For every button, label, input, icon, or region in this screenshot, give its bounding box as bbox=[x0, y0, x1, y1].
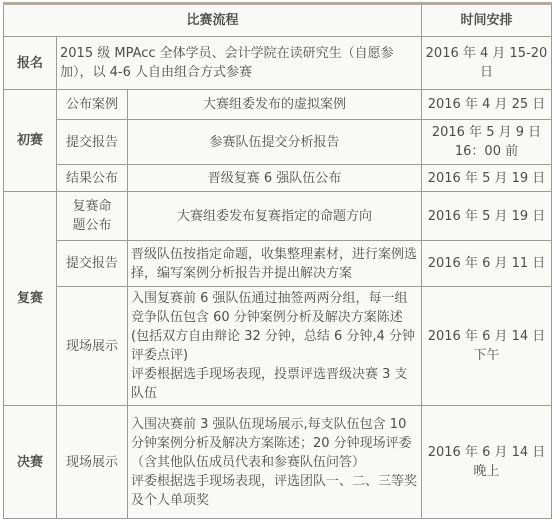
preliminary-report-date: 2016 年 5 月 9 日 16：00 前 bbox=[422, 120, 552, 165]
preliminary-case-date: 2016 年 4 月 25 日 bbox=[422, 90, 552, 120]
step-label-semifinal-presentation: 现场展示 bbox=[57, 287, 128, 406]
preliminary-result-description: 晋级复赛 6 强队伍公布 bbox=[128, 165, 422, 192]
step-label-result-announcement: 结果公布 bbox=[57, 165, 128, 192]
table-row-semifinal-topic: 复赛 复赛命 题公布 大赛组委发布复赛指定的命题方向 2016 年 5 月 19… bbox=[4, 192, 552, 241]
registration-date: 2016 年 4 月 15-20 日 bbox=[422, 37, 552, 90]
semifinal-report-description: 晋级队伍按指定命题，收集整理素材，进行案例选择，编写案例分析报告并提出解决方案 bbox=[128, 241, 422, 287]
semifinal-topic-date: 2016 年 5 月 19 日 bbox=[422, 192, 552, 241]
header-row: 比赛流程 时间安排 bbox=[4, 4, 552, 37]
stage-label-registration: 报名 bbox=[4, 37, 57, 90]
competition-schedule-table: 比赛流程 时间安排 报名 2015 级 MPAcc 全体学员、会计学院在读研究生… bbox=[3, 2, 552, 519]
table-row-semifinal-report: 提交报告 晋级队伍按指定命题，收集整理素材，进行案例选择，编写案例分析报告并提出… bbox=[4, 241, 552, 287]
column-header-schedule: 时间安排 bbox=[422, 4, 552, 37]
step-label-case-release: 公布案例 bbox=[57, 90, 128, 120]
semifinal-presentation-date: 2016 年 6 月 14 日下午 bbox=[422, 287, 552, 406]
preliminary-result-date: 2016 年 5 月 19 日 bbox=[422, 165, 552, 192]
table-row-final-presentation: 决赛 现场展示 入围决赛前 3 强队伍现场展示,每支队伍包含 10 分钟案例分析… bbox=[4, 406, 552, 519]
column-header-process: 比赛流程 bbox=[4, 4, 422, 37]
semifinal-report-date: 2016 年 6 月 11 日 bbox=[422, 241, 552, 287]
step-label-topic-announcement: 复赛命 题公布 bbox=[57, 192, 128, 241]
table-row-registration: 报名 2015 级 MPAcc 全体学员、会计学院在读研究生（自愿参加），以 4… bbox=[4, 37, 552, 90]
preliminary-report-description: 参赛队伍提交分析报告 bbox=[128, 120, 422, 165]
stage-label-final: 决赛 bbox=[4, 406, 57, 519]
table-row-semifinal-presentation: 现场展示 入围复赛前 6 强队伍通过抽签两两分组，每一组竞争队伍包含 60 分钟… bbox=[4, 287, 552, 406]
semifinal-presentation-description: 入围复赛前 6 强队伍通过抽签两两分组，每一组竞争队伍包含 60 分钟案例分析及… bbox=[128, 287, 422, 406]
step-label-final-presentation: 现场展示 bbox=[57, 406, 128, 519]
step-label-semifinal-report: 提交报告 bbox=[57, 241, 128, 287]
competition-schedule-page: 比赛流程 时间安排 报名 2015 级 MPAcc 全体学员、会计学院在读研究生… bbox=[0, 0, 554, 476]
registration-description: 2015 级 MPAcc 全体学员、会计学院在读研究生（自愿参加），以 4-6 … bbox=[57, 37, 422, 90]
table-row-preliminary-report: 提交报告 参赛队伍提交分析报告 2016 年 5 月 9 日 16：00 前 bbox=[4, 120, 552, 165]
final-presentation-description: 入围决赛前 3 强队伍现场展示,每支队伍包含 10 分钟案例分析及解决方案陈述；… bbox=[128, 406, 422, 519]
table-row-preliminary-result: 结果公布 晋级复赛 6 强队伍公布 2016 年 5 月 19 日 bbox=[4, 165, 552, 192]
final-presentation-date: 2016 年 6 月 14 日晚上 bbox=[422, 406, 552, 519]
stage-label-preliminary: 初赛 bbox=[4, 90, 57, 192]
step-label-report-submission: 提交报告 bbox=[57, 120, 128, 165]
stage-label-semifinal: 复赛 bbox=[4, 192, 57, 406]
semifinal-topic-description: 大赛组委发布复赛指定的命题方向 bbox=[128, 192, 422, 241]
preliminary-case-description: 大赛组委发布的虚拟案例 bbox=[128, 90, 422, 120]
table-row-preliminary-case: 初赛 公布案例 大赛组委发布的虚拟案例 2016 年 4 月 25 日 bbox=[4, 90, 552, 120]
